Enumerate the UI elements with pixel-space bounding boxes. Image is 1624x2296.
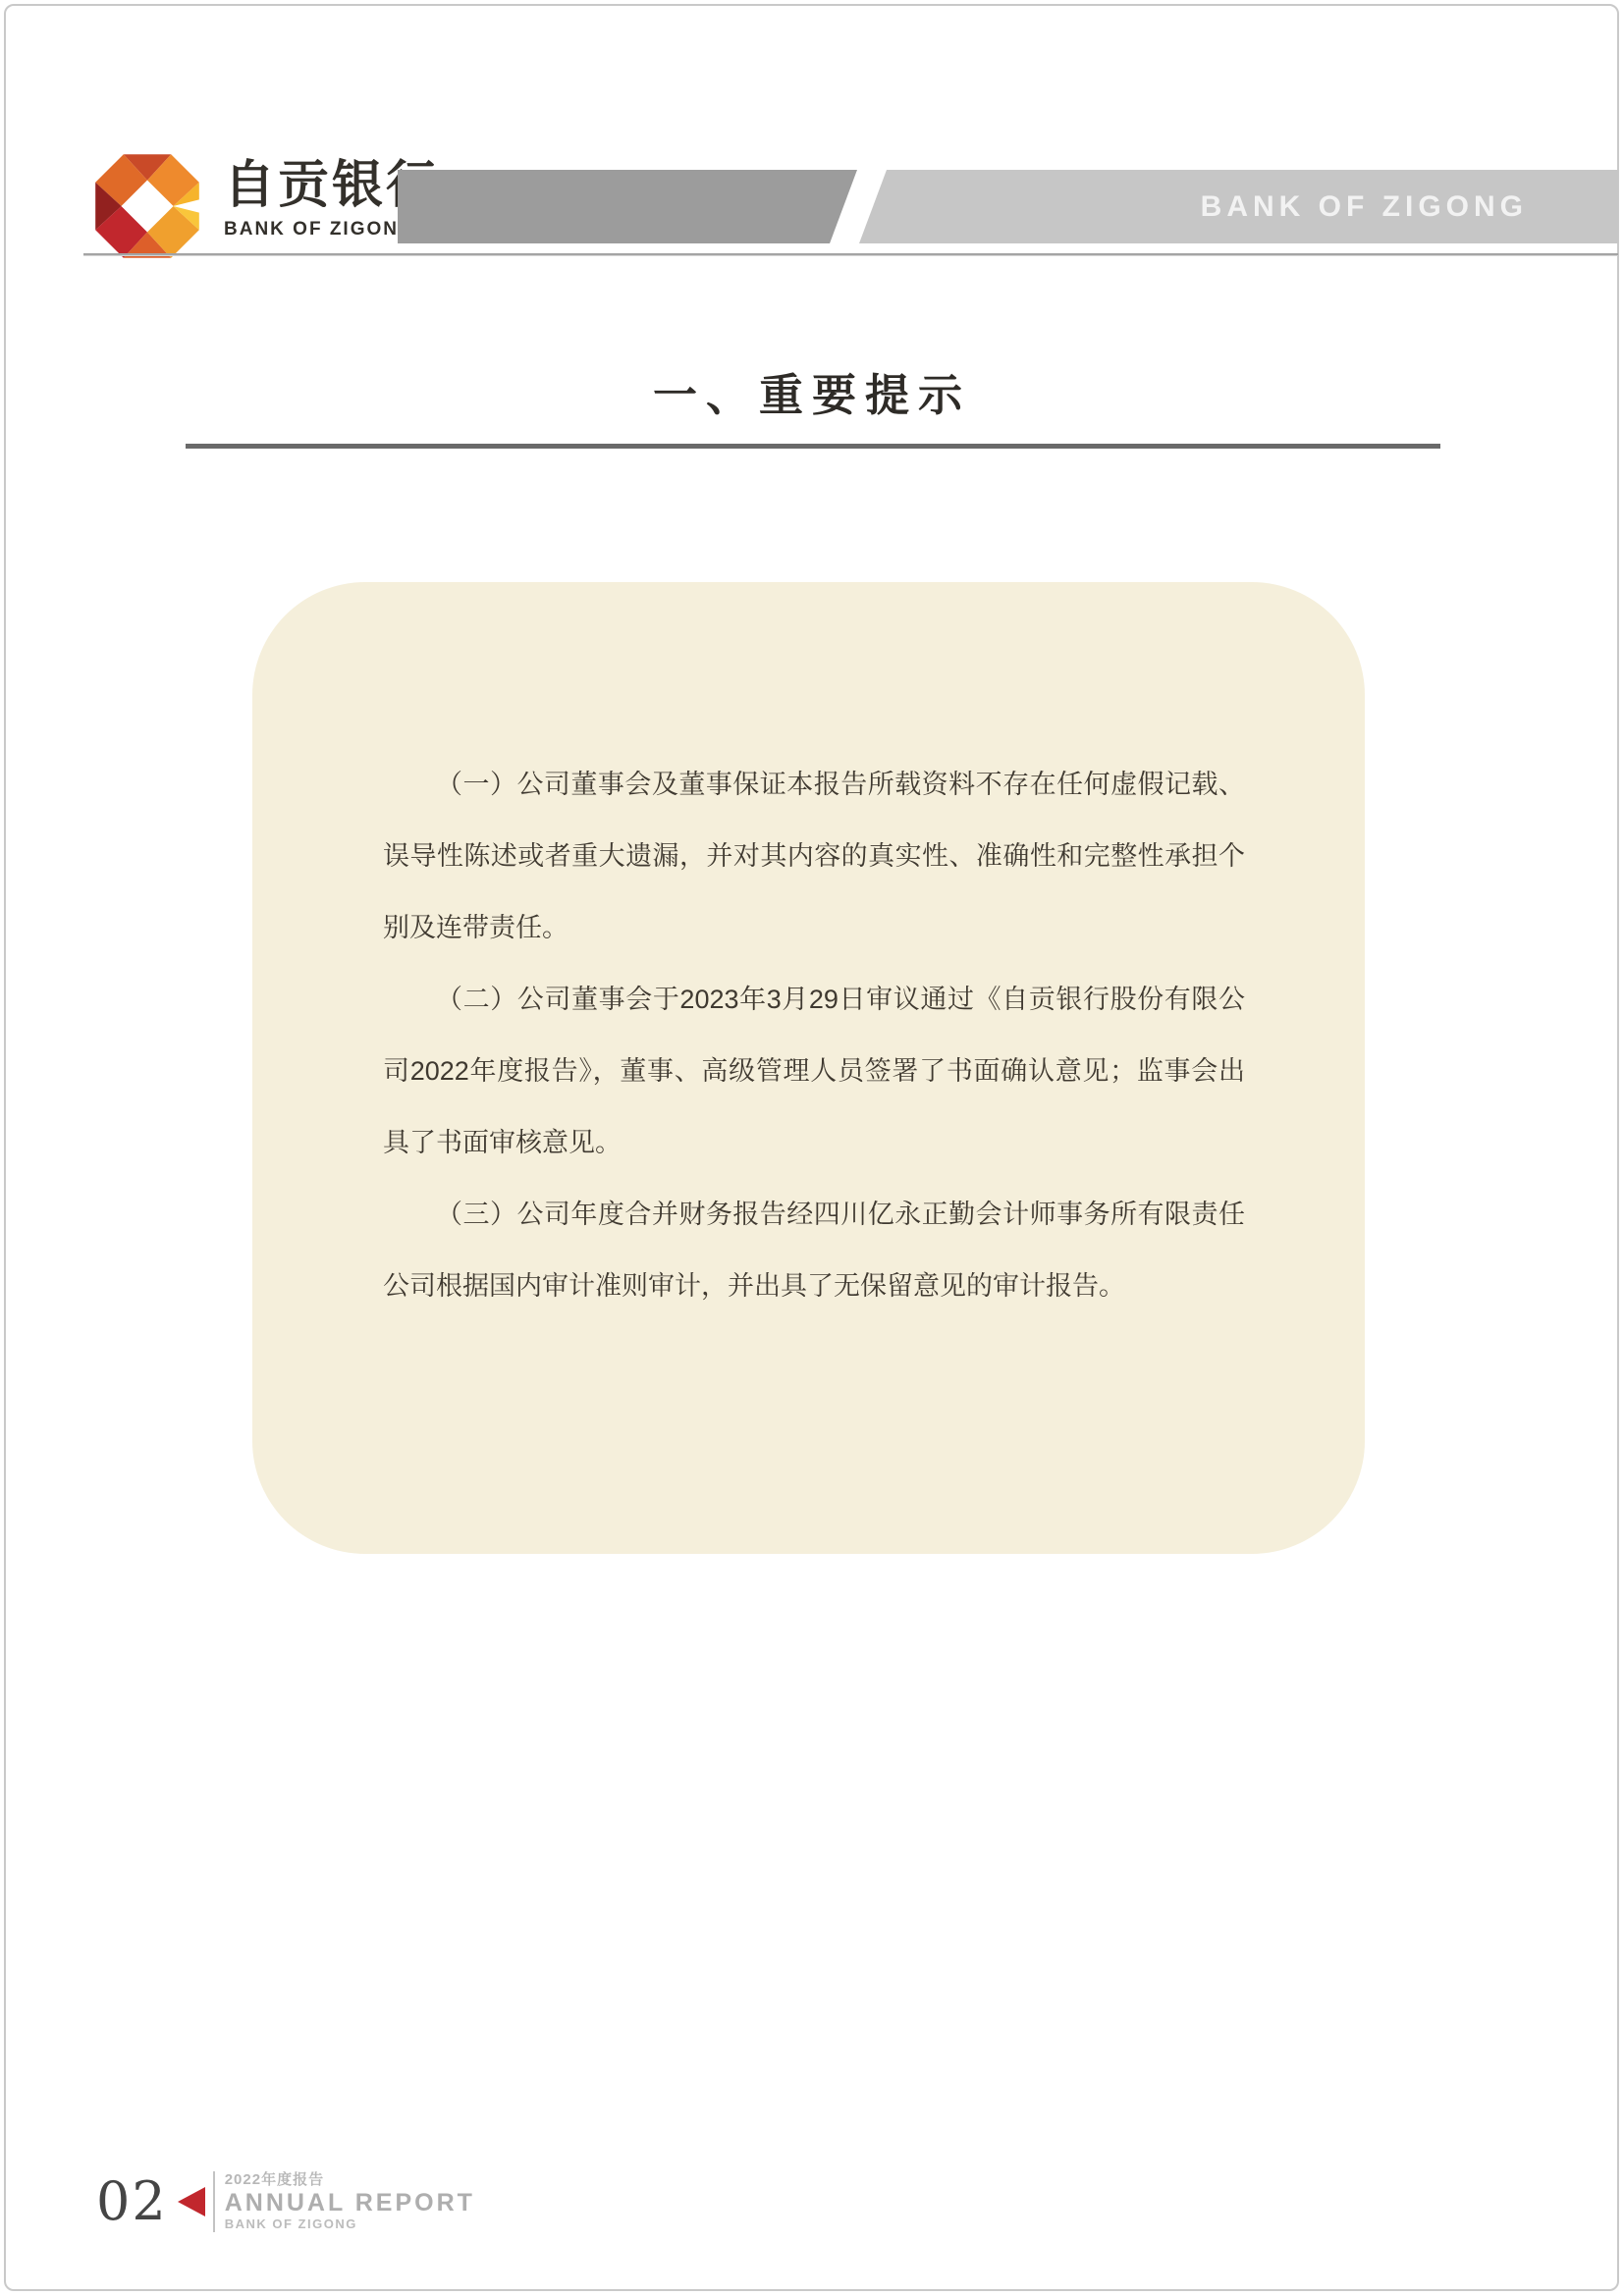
page-number: 02: [96, 2172, 168, 2231]
section-title-underline: [186, 444, 1440, 449]
page-footer: 02 2022年度报告 ANNUAL REPORT BANK OF ZIGONG: [96, 2164, 475, 2238]
notice-paragraph-1: （一）公司董事会及董事保证本报告所载资料不存在任何虚假记载、误导性陈述或者重大遗…: [383, 749, 1245, 964]
notice-paragraph-2: （二）公司董事会于2023年3月29日审议通过《自贡银行股份有限公司2022年度…: [383, 964, 1245, 1179]
footer-bank-name: BANK OF ZIGONG: [225, 2216, 475, 2232]
important-notice-panel: （一）公司董事会及董事保证本报告所载资料不存在任何虚假记载、误导性陈述或者重大遗…: [252, 582, 1365, 1554]
footer-report-info: 2022年度报告 ANNUAL REPORT BANK OF ZIGONG: [225, 2171, 475, 2232]
notice-paragraph-3: （三）公司年度合并财务报告经四川亿永正勤会计师事务所有限责任公司根据国内审计准则…: [383, 1179, 1245, 1322]
bank-name-chinese: 自贡银行: [224, 157, 410, 214]
bank-logo-gem-icon: [93, 152, 201, 260]
bank-logo-text: 自贡银行 BANK OF ZIGONG: [224, 157, 410, 240]
footer-red-triangle-icon: [178, 2187, 205, 2216]
bank-name-english: BANK OF ZIGONG: [224, 219, 410, 240]
section-title: 一、重要提示: [0, 359, 1624, 423]
footer-annual-report-label: ANNUAL REPORT: [225, 2189, 475, 2216]
footer-divider-line: [213, 2171, 215, 2232]
header-ribbon-light: BANK OF ZIGONG: [859, 170, 1618, 243]
footer-report-year: 2022年度报告: [225, 2171, 475, 2189]
header-divider-line: [83, 253, 1618, 256]
header-banner-text: BANK OF ZIGONG: [1201, 190, 1618, 224]
header-ribbon-dark: [398, 170, 857, 243]
